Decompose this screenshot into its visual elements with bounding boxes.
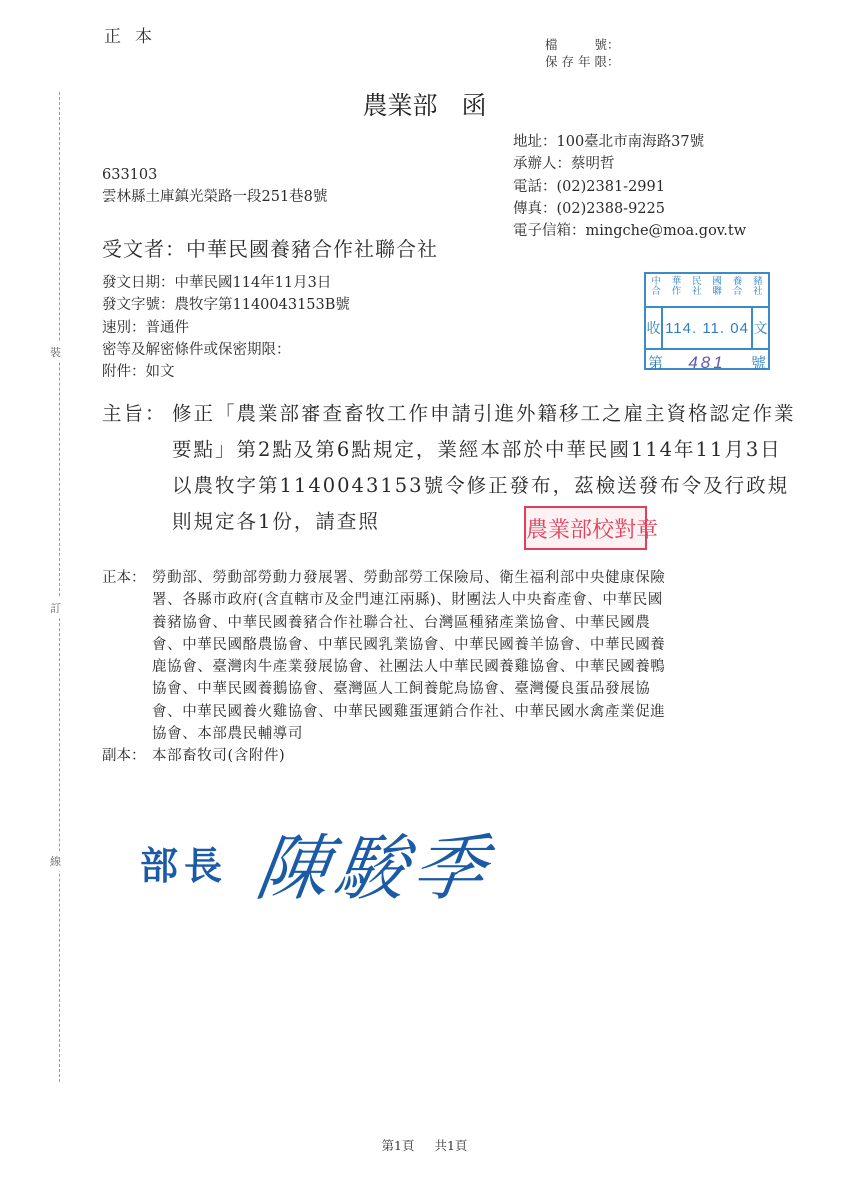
sender-info: 地址：100臺北市南海路37號 承辦人：蔡明哲 電話：(02)2381-2991… [513, 131, 746, 242]
signature-title: 部長 [140, 835, 228, 890]
copy-mark: 正本 [104, 22, 166, 47]
sender-fax: 傳真：(02)2388-9225 [513, 198, 746, 220]
document-meta: 發文日期：中華民國114年11月3日 發文字號：農牧字第1140043153B號… [102, 272, 350, 383]
binding-char-zhuang: 裝 [50, 342, 61, 362]
priority: 速別：普通件 [102, 317, 350, 339]
primary-line: 會、中華民國養火雞協會、中華民國雞蛋運銷合作社、中華民國水禽產業促進 [152, 701, 665, 723]
binding-char-ding: 訂 [50, 598, 61, 618]
binding-char-xian: 線 [50, 851, 61, 871]
subject-label: 主旨： [102, 396, 167, 432]
agency-name: 農業部 [363, 91, 438, 120]
distribution-list: 正本：勞動部、勞動部勞動力發展署、勞動部勞工保險局、衛生福利部中央健康保險 署、… [102, 567, 782, 768]
sender-email: 電子信箱：mingche@moa.gov.tw [513, 220, 746, 242]
stamp-doc-char: 文 [753, 318, 768, 338]
recipient: 受文者：中華民國養豬合作社聯合社 [102, 233, 438, 262]
primary-line: 會、中華民國酪農協會、中華民國乳業協會、中華民國養羊協會、中華民國養 [152, 634, 665, 656]
doc-type: 函 [461, 91, 486, 120]
file-meta: 檔號： 保存年限： [545, 36, 620, 70]
sender-phone: 電話：(02)2381-2991 [513, 176, 746, 198]
page-indicator: 第1頁 共1頁 [0, 1136, 849, 1154]
doc-number: 發文字號：農牧字第1140043153B號 [102, 294, 350, 316]
stamp-org-name: 中 合 華 作 民 社 國 聯 養 合 豬 社 [646, 274, 768, 308]
subject-text: 修正「農業部審查畜牧工作申請引進外籍移工之雇主資格認定作業要點」第2點及第6點規… [172, 396, 802, 540]
primary-line: 協會、本部農民輔導司 [152, 723, 303, 745]
primary-line: 勞動部、勞動部勞動力發展署、勞動部勞工保險局、衛生福利部中央健康保險 [152, 567, 665, 589]
stamp-date: 114. 11. 04 [661, 308, 753, 348]
issue-date: 發文日期：中華民國114年11月3日 [102, 272, 350, 294]
primary-label: 正本： [102, 567, 152, 589]
recipient-address: 633103 雲林縣土庫鎮光榮路一段251巷8號 [102, 164, 327, 208]
primary-line: 養豬協會、中華民國養豬合作社聯合社、台灣區種豬產業協會、中華民國農 [152, 612, 650, 634]
classification: 密等及解密條件或保密期限： [102, 339, 350, 361]
proofreading-seal: 農 業 部 校 對 章 [524, 506, 647, 550]
copy-text: 本部畜牧司(含附件) [152, 745, 285, 767]
stamp-number: 481 [688, 353, 725, 373]
attachment: 附件：如文 [102, 361, 350, 383]
minister-signature: 部長 陳駿季 [140, 810, 492, 914]
postal-code: 633103 [102, 164, 327, 186]
sender-handler: 承辦人：蔡明哲 [513, 153, 746, 175]
file-no-label: 檔號 [545, 36, 607, 53]
copy-label: 副本： [102, 745, 152, 767]
retention-label: 保存年限 [545, 53, 607, 70]
stamp-prefix: 第 [648, 352, 663, 373]
subject: 主旨： 修正「農業部審查畜牧工作申請引進外籍移工之雇主資格認定作業要點」第2點及… [102, 396, 802, 540]
current-page: 第1頁 [382, 1138, 415, 1153]
stamp-receive-char: 收 [646, 318, 661, 338]
sender-address: 地址：100臺北市南海路37號 [513, 131, 746, 153]
total-pages: 共1頁 [434, 1138, 467, 1153]
primary-line: 鹿協會、臺灣肉牛產業發展協會、社團法人中華民國養雞協會、中華民國養鴨 [152, 656, 665, 678]
receipt-stamp: 中 合 華 作 民 社 國 聯 養 合 豬 社 收 114. 11. 04 文 … [644, 272, 770, 370]
document-title: 農業部 函 [0, 86, 849, 122]
primary-line: 署、各縣市政府(含直轄市及金門連江兩縣)、財團法人中央畜產會、中華民國 [152, 589, 663, 611]
signature-name: 陳駿季 [251, 810, 500, 914]
binding-line [59, 92, 60, 1082]
primary-line: 協會、中華民國養鵝協會、臺灣區人工飼養鴕鳥協會、臺灣優良蛋品發展協 [152, 678, 650, 700]
stamp-suffix: 號 [751, 352, 766, 373]
street-address: 雲林縣土庫鎮光榮路一段251巷8號 [102, 186, 327, 208]
